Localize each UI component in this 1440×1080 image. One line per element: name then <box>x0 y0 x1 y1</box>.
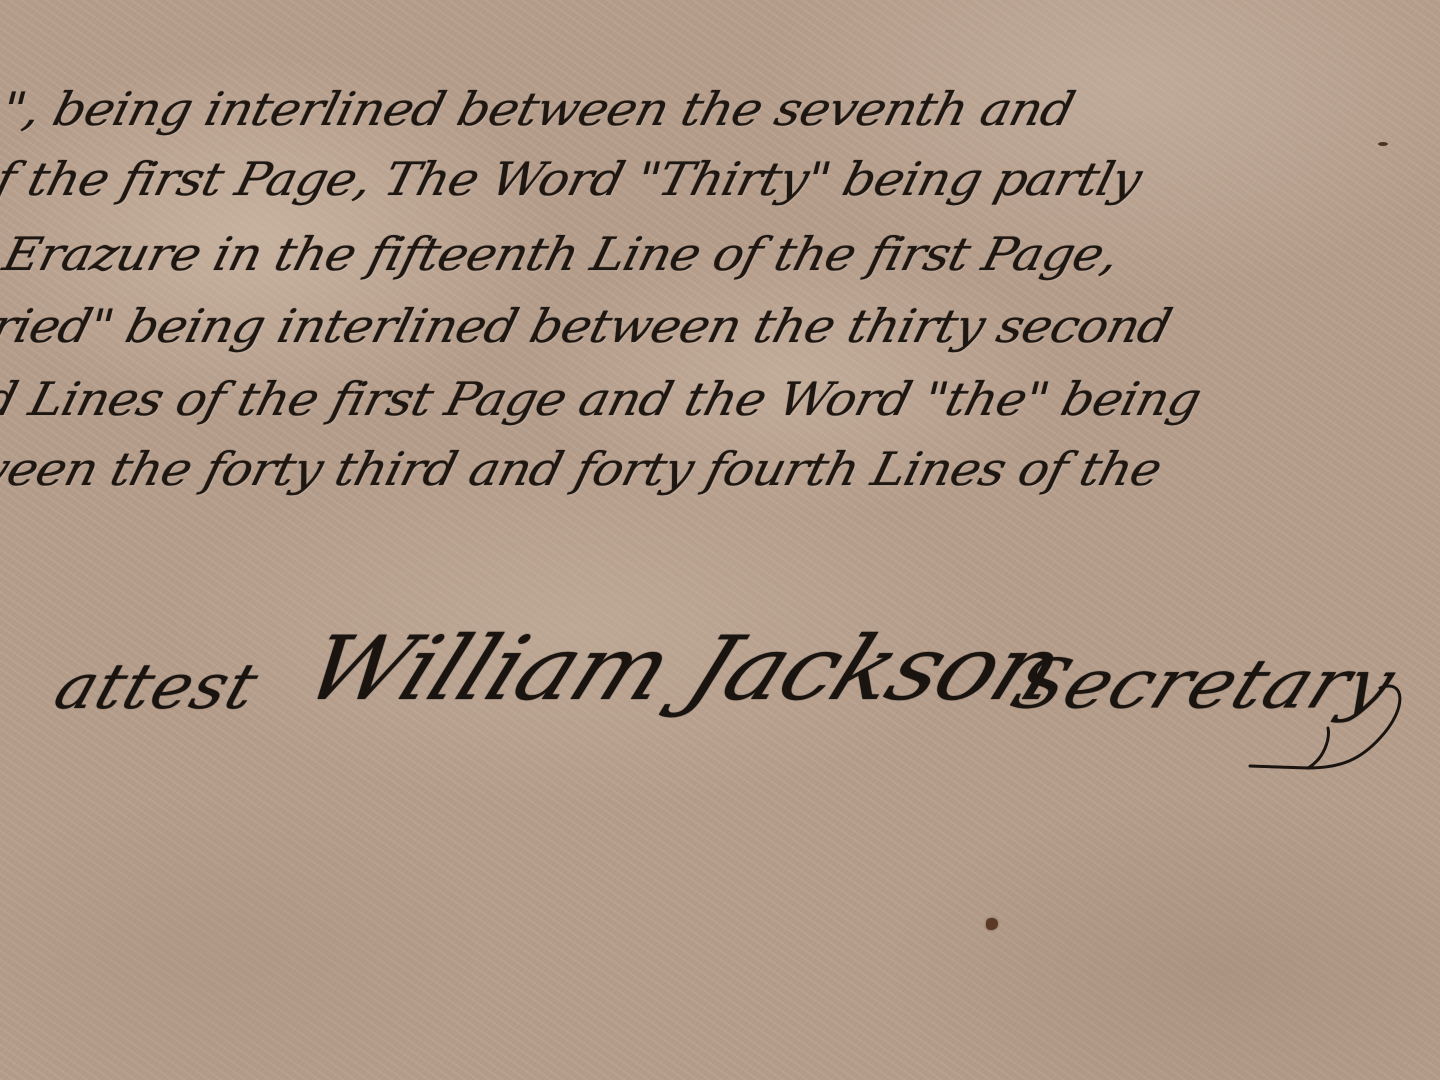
attestation-signature-block: attest William Jackson Secretary <box>40 598 1420 778</box>
manuscript-line: ried" being interlined between the thirt… <box>0 300 1176 353</box>
ink-spot <box>986 918 998 930</box>
signature-flourish-icon <box>1230 668 1420 778</box>
manuscript-line: Erazure in the fifteenth Line of the fir… <box>0 228 1124 281</box>
signature-name: William Jackson <box>290 617 1077 720</box>
manuscript-line: d Lines of the first Page and the Word "… <box>0 373 1206 426</box>
manuscript-line: f the first Page, The Word "Thirty" bein… <box>0 153 1146 206</box>
manuscript-page: ", being interlined between the seventh … <box>0 0 1440 1080</box>
manuscript-line: ", being interlined between the seventh … <box>0 83 1079 136</box>
attest-label: attest <box>46 650 268 723</box>
manuscript-line: ween the forty third and forty fourth Li… <box>0 443 1166 496</box>
ink-speck <box>1378 142 1388 146</box>
